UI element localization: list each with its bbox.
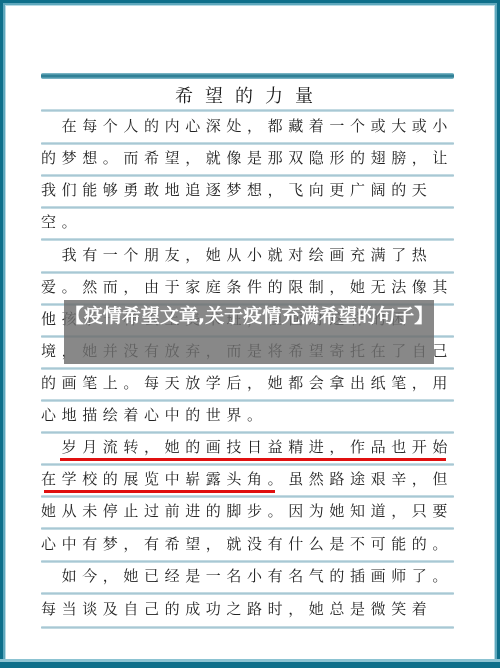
- ruled-line: [41, 399, 454, 402]
- title-bottom-rule: [41, 109, 454, 112]
- title-top-rule: [41, 73, 454, 79]
- highlight-underline: [60, 458, 446, 461]
- ruled-line: [41, 174, 454, 177]
- ruled-line: [41, 142, 454, 145]
- text-line: 空。: [41, 210, 454, 234]
- text-line: 我有一个朋友，她从小就对绘画充满了热: [41, 243, 454, 267]
- text-line: 在学校的展览中崭露头角。虽然路途艰辛，但: [41, 467, 454, 491]
- bottom-border: [0, 662, 500, 668]
- text-line: 岁月流转，她的画技日益精进，作品也开始: [41, 435, 454, 459]
- ruled-line: [41, 431, 454, 434]
- text-line: 的画笔上。每天放学后，她都会拿出纸笔，用: [41, 371, 454, 395]
- ruled-line: [41, 238, 454, 241]
- ruled-line: [41, 626, 454, 629]
- text-line: 她从未停止过前进的脚步。因为她知道，只要: [41, 499, 454, 523]
- ruled-line: [41, 463, 454, 466]
- ruled-line: [41, 495, 454, 498]
- text-line: 心中有梦，有希望，就没有什么是不可能的。: [41, 532, 454, 556]
- caption-text[interactable]: 【疫情希望文章,关于疫情充满希望的句子】: [64, 303, 434, 329]
- ruled-line: [41, 592, 454, 595]
- document-title: 希望的力量: [0, 82, 500, 108]
- ruled-line: [41, 206, 454, 209]
- text-line: 在每个人的内心深处，都藏着一个或大或小: [41, 114, 454, 138]
- text-line: 如今，她已经是一名小有名气的插画师了。: [41, 564, 454, 588]
- ruled-line: [41, 367, 454, 370]
- ruled-line: [41, 560, 454, 563]
- ruled-line: [41, 527, 454, 530]
- text-line: 每当谈及自己的成功之路时，她总是微笑着: [41, 597, 454, 621]
- text-line: 我们能够勇敢地追逐梦想，飞向更广阔的天: [41, 178, 454, 202]
- highlight-underline: [44, 490, 275, 493]
- text-line: 心地描绘着心中的世界。: [41, 403, 454, 427]
- ruled-line: [41, 271, 454, 274]
- text-line: 爱。然而，由于家庭条件的限制，她无法像其: [41, 275, 454, 299]
- text-line: 的梦想。而希望，就像是那双隐形的翅膀，让: [41, 146, 454, 170]
